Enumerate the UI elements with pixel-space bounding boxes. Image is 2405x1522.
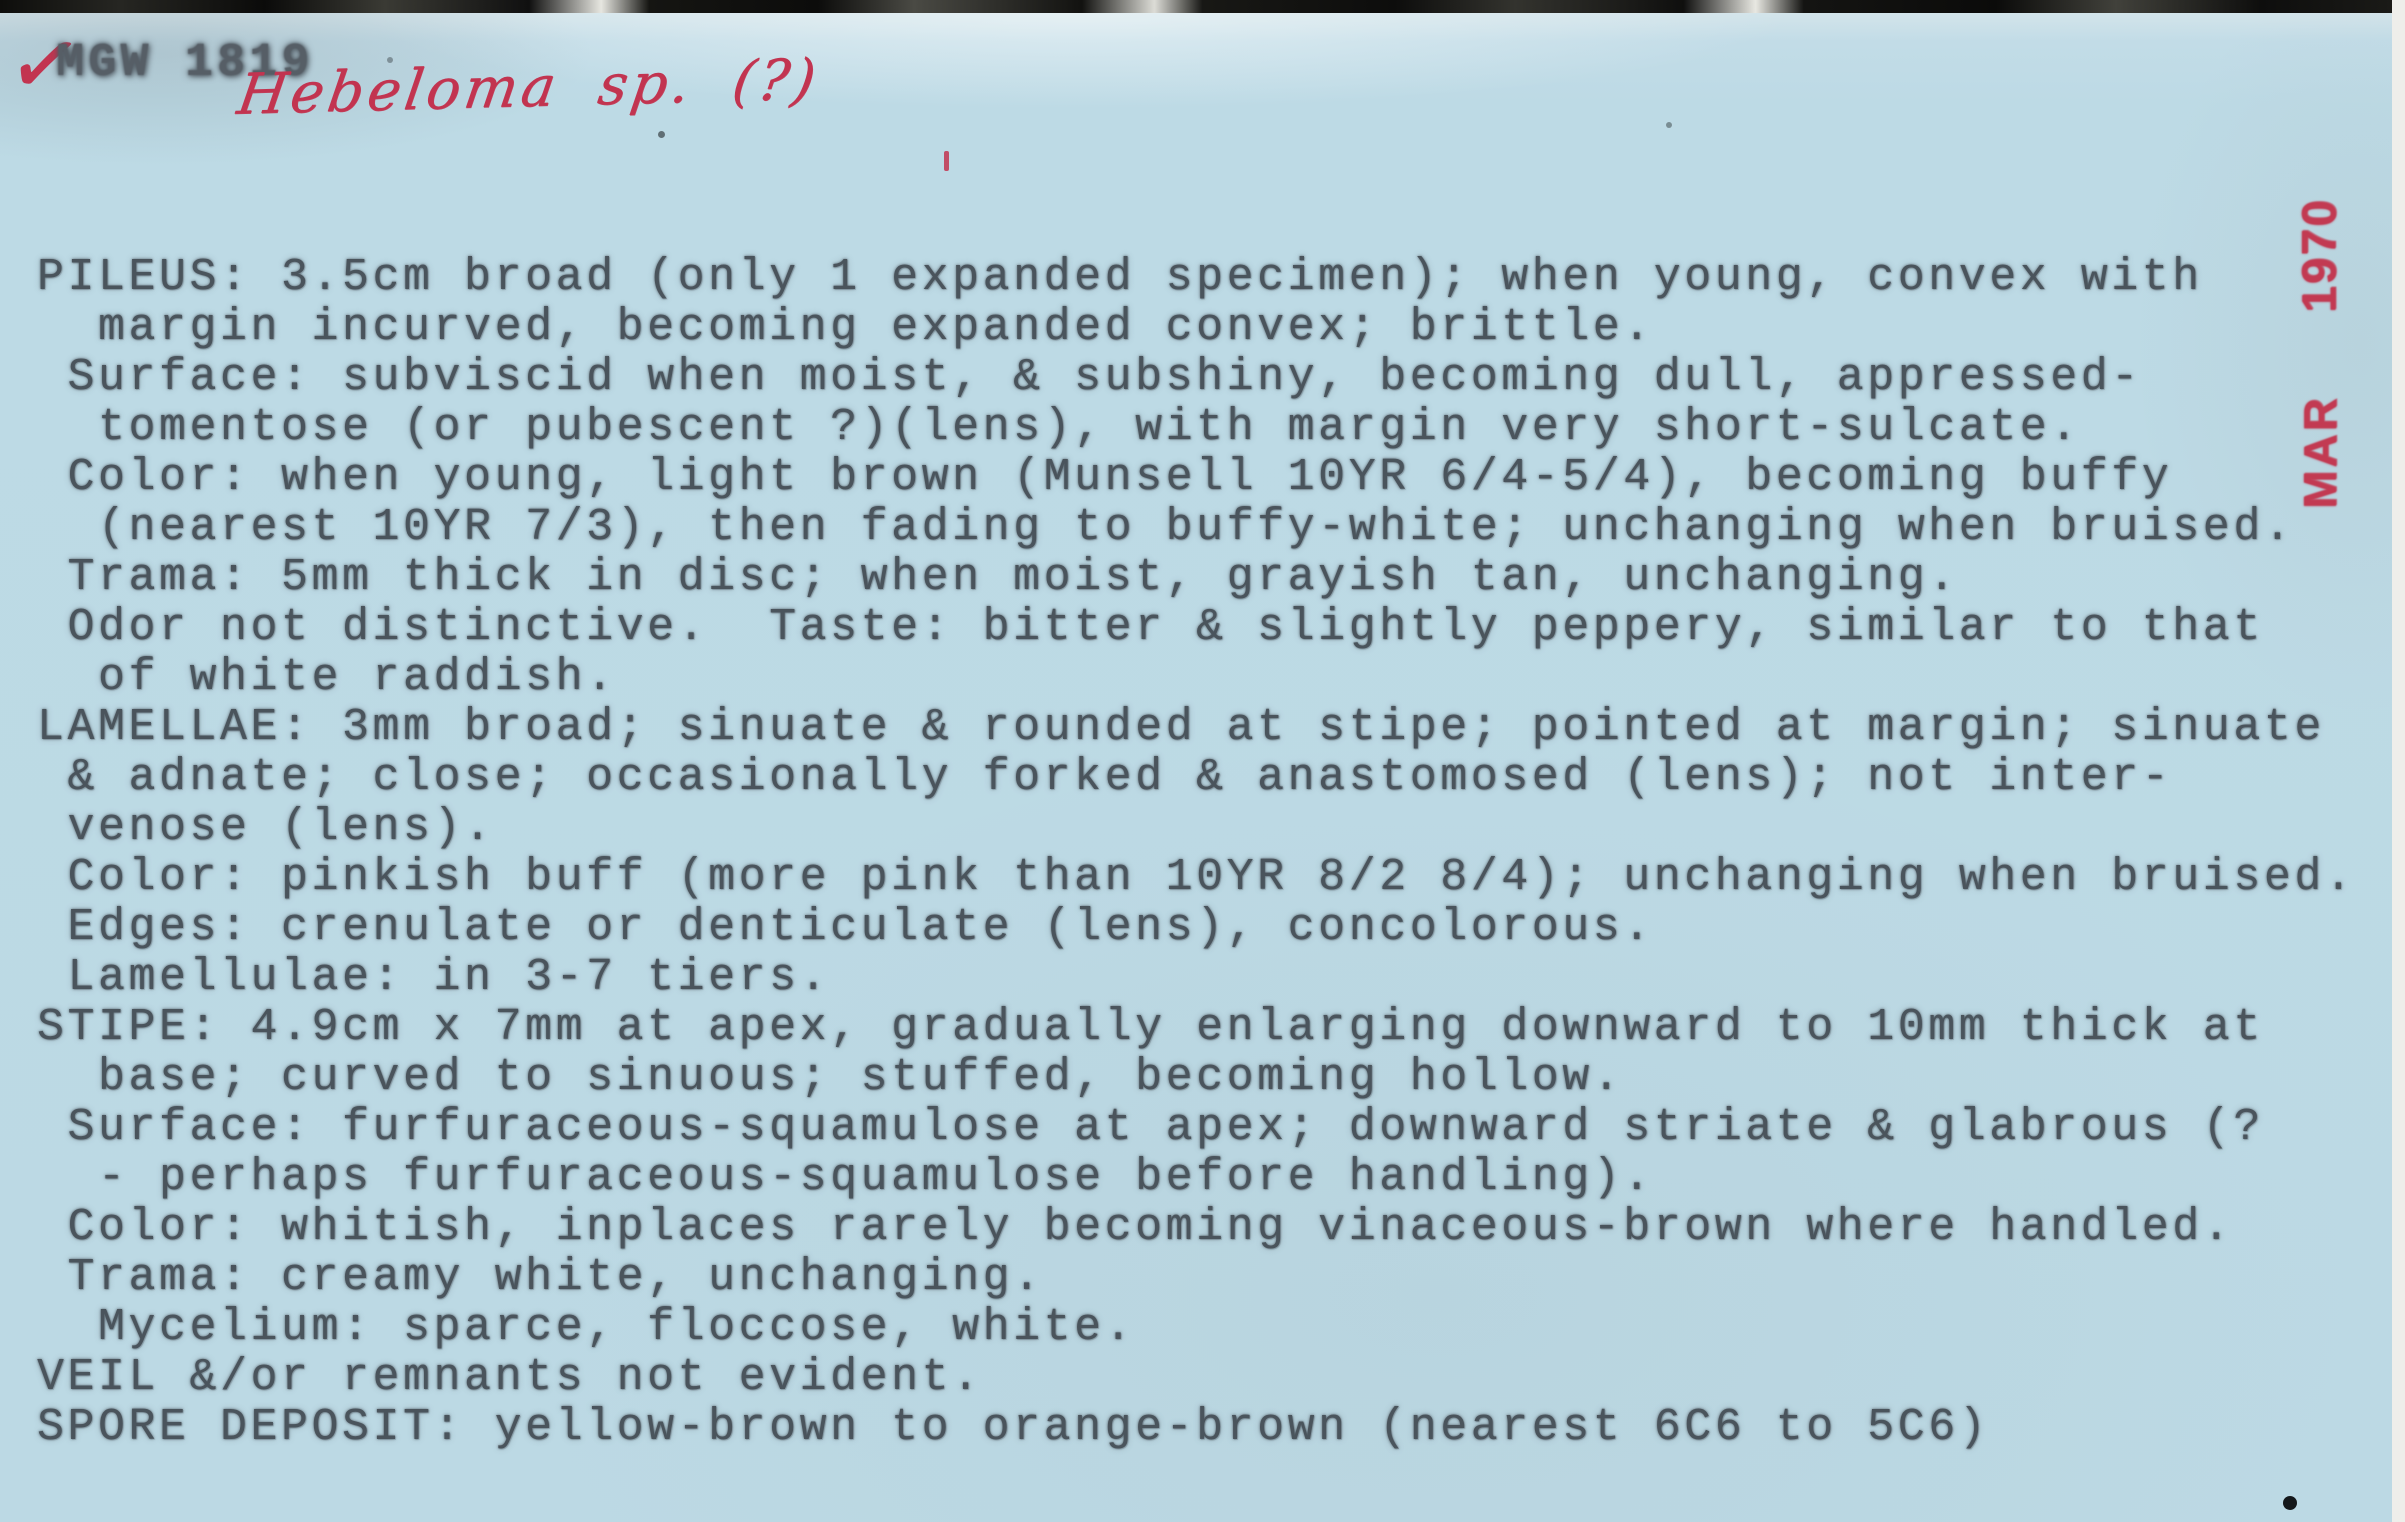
typewritten-description: PILEUS: 3.5cm broad (only 1 expanded spe… bbox=[0, 253, 2405, 1453]
scanned-card-image: ✓ MGW 1819 Hebeloma sp. (?) 1970 MAR PIL… bbox=[0, 0, 2405, 1522]
typed-line: & adnate; close; occasionally forked & a… bbox=[37, 753, 2405, 803]
typed-line: Lamellulae: in 3-7 tiers. bbox=[37, 953, 2405, 1003]
typed-line: of white raddish. bbox=[37, 653, 2405, 703]
typed-line: Surface: subviscid when moist, & subshin… bbox=[37, 353, 2405, 403]
typed-line: venose (lens). bbox=[37, 803, 2405, 853]
typed-line: Surface: furfuraceous-squamulose at apex… bbox=[37, 1103, 2405, 1153]
typed-line: Color: pinkish buff (more pink than 10YR… bbox=[37, 853, 2405, 903]
typed-line: Color: when young, light brown (Munsell … bbox=[37, 453, 2405, 503]
typed-line: Color: whitish, inplaces rarely becoming… bbox=[37, 1203, 2405, 1253]
typed-line: Odor not distinctive. Taste: bitter & sl… bbox=[37, 603, 2405, 653]
scan-edge-top bbox=[0, 0, 2405, 13]
species-annotation-handwritten: Hebeloma sp. (?) bbox=[233, 47, 823, 127]
index-card: ✓ MGW 1819 Hebeloma sp. (?) 1970 MAR PIL… bbox=[0, 13, 2392, 1522]
typed-line: Edges: crenulate or denticulate (lens), … bbox=[37, 903, 2405, 953]
scan-speck bbox=[387, 57, 393, 63]
typed-line: Trama: 5mm thick in disc; when moist, gr… bbox=[37, 553, 2405, 603]
typed-line: LAMELLAE: 3mm broad; sinuate & rounded a… bbox=[37, 703, 2405, 753]
typed-line: tomentose (or pubescent ?)(lens), with m… bbox=[37, 403, 2405, 453]
typed-line: (nearest 10YR 7/3), then fading to buffy… bbox=[37, 503, 2405, 553]
typed-line: Mycelium: sparce, floccose, white. bbox=[37, 1303, 2405, 1353]
typed-line: - perhaps furfuraceous-squamulose before… bbox=[37, 1153, 2405, 1203]
typed-line: Trama: creamy white, unchanging. bbox=[37, 1253, 2405, 1303]
scan-edge-right bbox=[2392, 0, 2405, 1522]
red-ink-mark bbox=[944, 151, 949, 171]
typed-line: STIPE: 4.9cm x 7mm at apex, gradually en… bbox=[37, 1003, 2405, 1053]
typed-line: PILEUS: 3.5cm broad (only 1 expanded spe… bbox=[37, 253, 2405, 303]
scan-speck bbox=[2283, 1496, 2297, 1510]
typed-line: base; curved to sinuous; stuffed, becomi… bbox=[37, 1053, 2405, 1103]
typed-line: SPORE DEPOSIT: yellow-brown to orange-br… bbox=[37, 1403, 2405, 1453]
scan-speck bbox=[1666, 122, 1672, 128]
scan-speck bbox=[658, 131, 665, 138]
typed-line: margin incurved, becoming expanded conve… bbox=[37, 303, 2405, 353]
typed-line: VEIL &/or remnants not evident. bbox=[37, 1353, 2405, 1403]
